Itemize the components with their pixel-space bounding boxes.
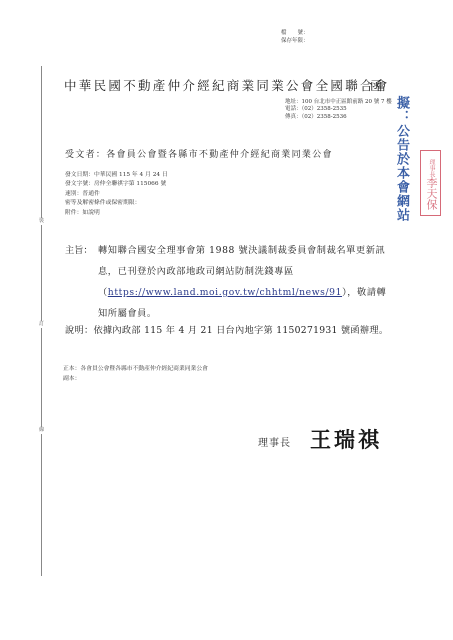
subject-body: 轉知聯合國安全理事會第 1988 號決議制裁委員會制裁名單更新訊息，已刊登於內政…: [98, 240, 395, 324]
explanation: 說明：依據內政部 115 年 4 月 21 日台內地字第 1150271931 …: [65, 322, 388, 336]
subject-label: 主旨：: [65, 240, 93, 261]
attachment: 附件：如說明: [65, 209, 168, 218]
delivery-speed: 速別：普通件: [65, 190, 168, 199]
contact-block: 地址：100 台北市中正區館前路 20 號 7 樓 電話：（02）2358-25…: [285, 99, 392, 121]
binding-mark-bind: 裝: [37, 218, 46, 225]
document-type: 函: [370, 76, 383, 94]
subject-section: 主旨： 轉知聯合國安全理事會第 1988 號決議制裁委員會制裁名單更新訊息，已刊…: [65, 240, 395, 324]
original-recipients: 正本：各會員公會暨各縣市不動產仲介經紀商業同業公會: [63, 365, 208, 375]
binding-mark-staple: 訂: [37, 321, 46, 328]
issue-number: 發文字號：房仲全聯祺字第 115066 號: [65, 180, 168, 189]
document-info: 發文日期：中華民國 115 年 4 月 24 日 發文字號：房仲全聯祺字第 11…: [65, 171, 168, 218]
chairman-seal-stamp: 理事長李天保: [420, 150, 441, 216]
stamp-title: 理事長: [428, 159, 435, 177]
signature-title: 理事長: [258, 434, 291, 449]
phone: 電話：（02）2358-2535: [285, 106, 392, 113]
file-number-label: 檔 號：: [281, 30, 309, 38]
handwritten-annotation: 擬：公告於本會網站: [392, 96, 408, 222]
binding-mark-line: 線: [37, 427, 46, 434]
distribution: 正本：各會員公會暨各縣市不動產仲介經紀商業同業公會 副本：: [63, 365, 208, 384]
moi-news-link[interactable]: https://www.land.moi.gov.tw/chhtml/news/…: [108, 287, 342, 298]
issue-date: 發文日期：中華民國 115 年 4 月 24 日: [65, 171, 168, 180]
fax: 傳真：（02）2358-2536: [285, 114, 392, 121]
recipient: 受文者：各會員公會暨各縣市不動產仲介經紀商業同業公會: [65, 147, 333, 160]
archive-meta: 檔 號： 保存年限：: [281, 30, 309, 45]
retention-label: 保存年限：: [281, 38, 309, 46]
classification: 密等及解密條件或保密期限：: [65, 199, 168, 208]
copy-recipients: 副本：: [63, 375, 208, 385]
stamp-name: 李天保: [425, 177, 438, 210]
signature-name: 王瑞祺: [310, 424, 382, 454]
organization-name: 中華民國不動產仲介經紀商業同業公會全國聯合會: [64, 76, 390, 94]
